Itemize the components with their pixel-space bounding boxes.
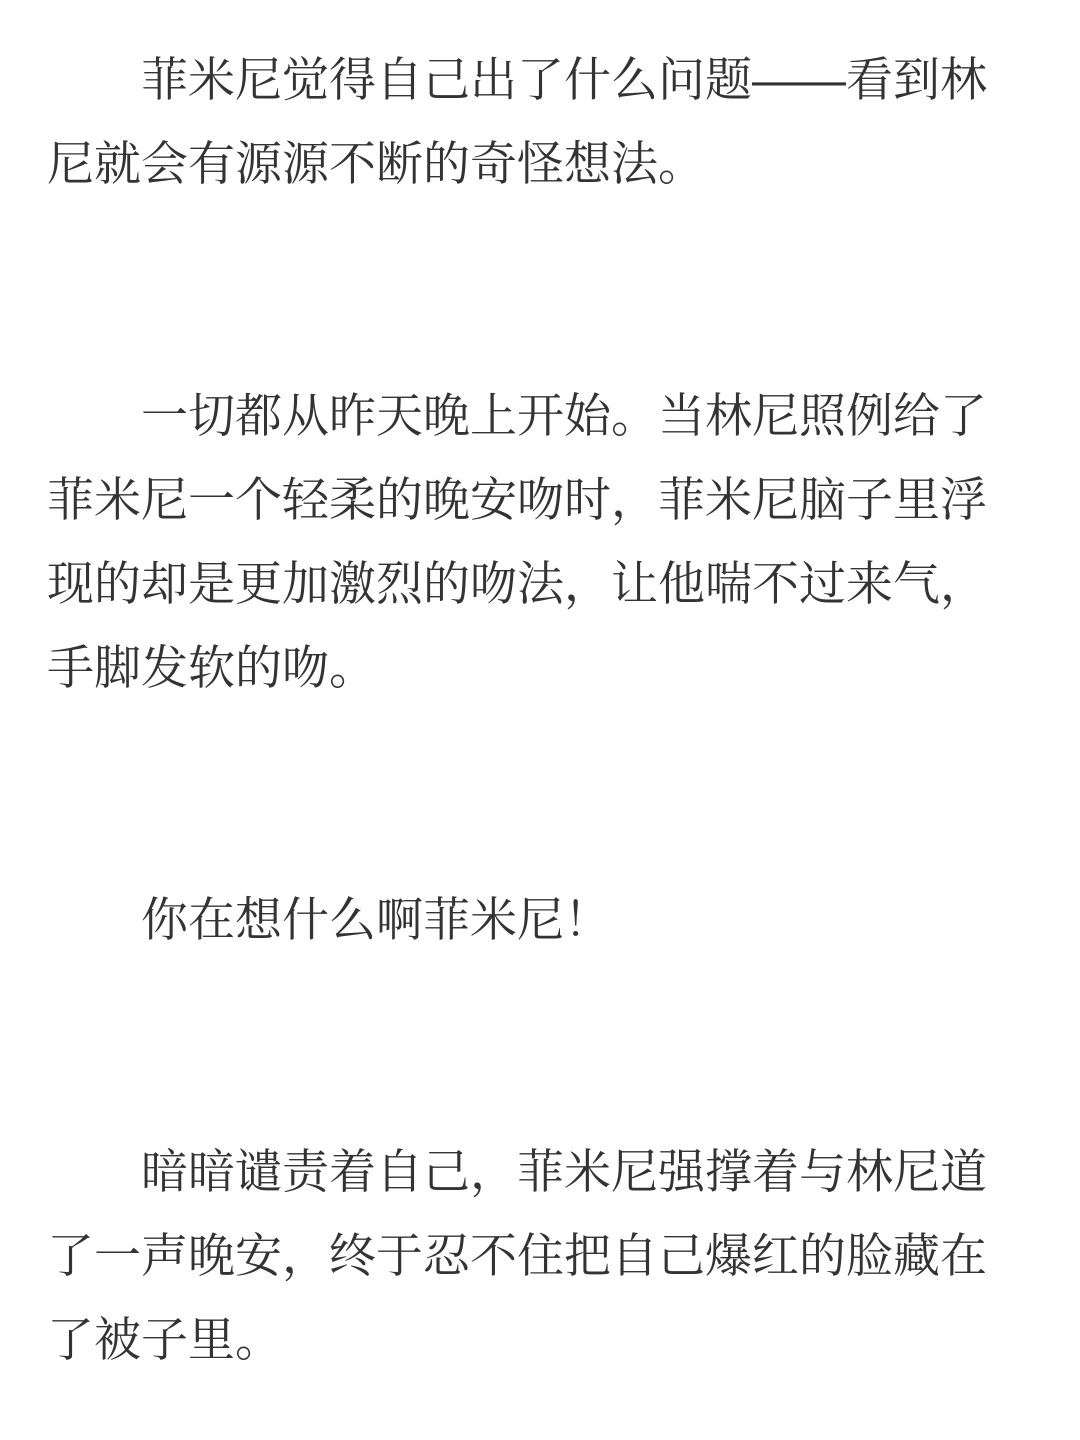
paragraph-4: 暗暗谴责着自己，菲米尼强撑着与林尼道了一声晚安，终于忍不住把自己爆红的脸藏在了被… (47, 1130, 1033, 1382)
paragraph-2: 一切都从昨天晚上开始。当林尼照例给了菲米尼一个轻柔的晚安吻时，菲米尼脑子里浮现的… (47, 374, 1033, 710)
reader-page[interactable]: 菲米尼觉得自己出了什么问题——看到林尼就会有源源不断的奇怪想法。 一切都从昨天晚… (0, 0, 1080, 1440)
paragraph-3: 你在想什么啊菲米尼！ (47, 878, 1033, 962)
paragraph-1: 菲米尼觉得自己出了什么问题——看到林尼就会有源源不断的奇怪想法。 (47, 38, 1033, 206)
